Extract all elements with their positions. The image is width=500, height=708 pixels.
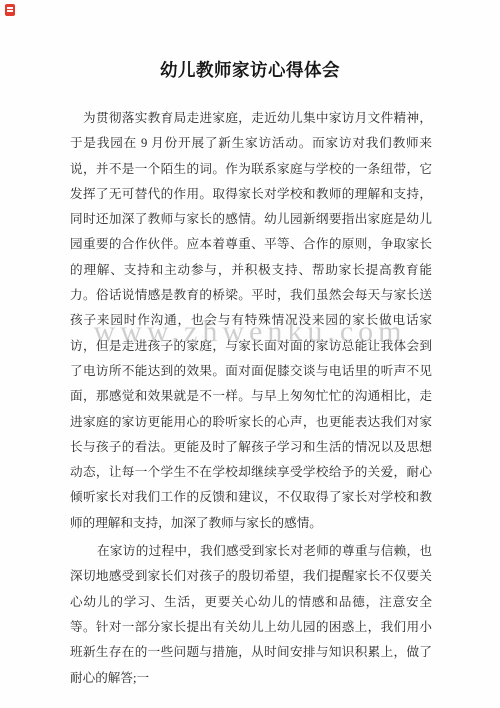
document-body: 为贯彻落实教育局走进家庭，走近幼儿集中家访月文件精神，于是我园在 9 月份开展了… bbox=[70, 106, 432, 691]
document-title: 幼儿教师家访心得体会 bbox=[0, 57, 500, 82]
red-document-badge-icon bbox=[5, 4, 15, 16]
paragraph-2: 在家访的过程中，我们感受到家长对老师的尊重与信赖，也深切地感受到家长们对孩子的殷… bbox=[70, 539, 432, 691]
paragraph-1: 为贯彻落实教育局走进家庭，走近幼儿集中家访月文件精神，于是我园在 9 月份开展了… bbox=[70, 106, 432, 536]
document-page: 幼儿教师家访心得体会 为贯彻落实教育局走进家庭，走近幼儿集中家访月文件精神，于是… bbox=[0, 0, 500, 708]
